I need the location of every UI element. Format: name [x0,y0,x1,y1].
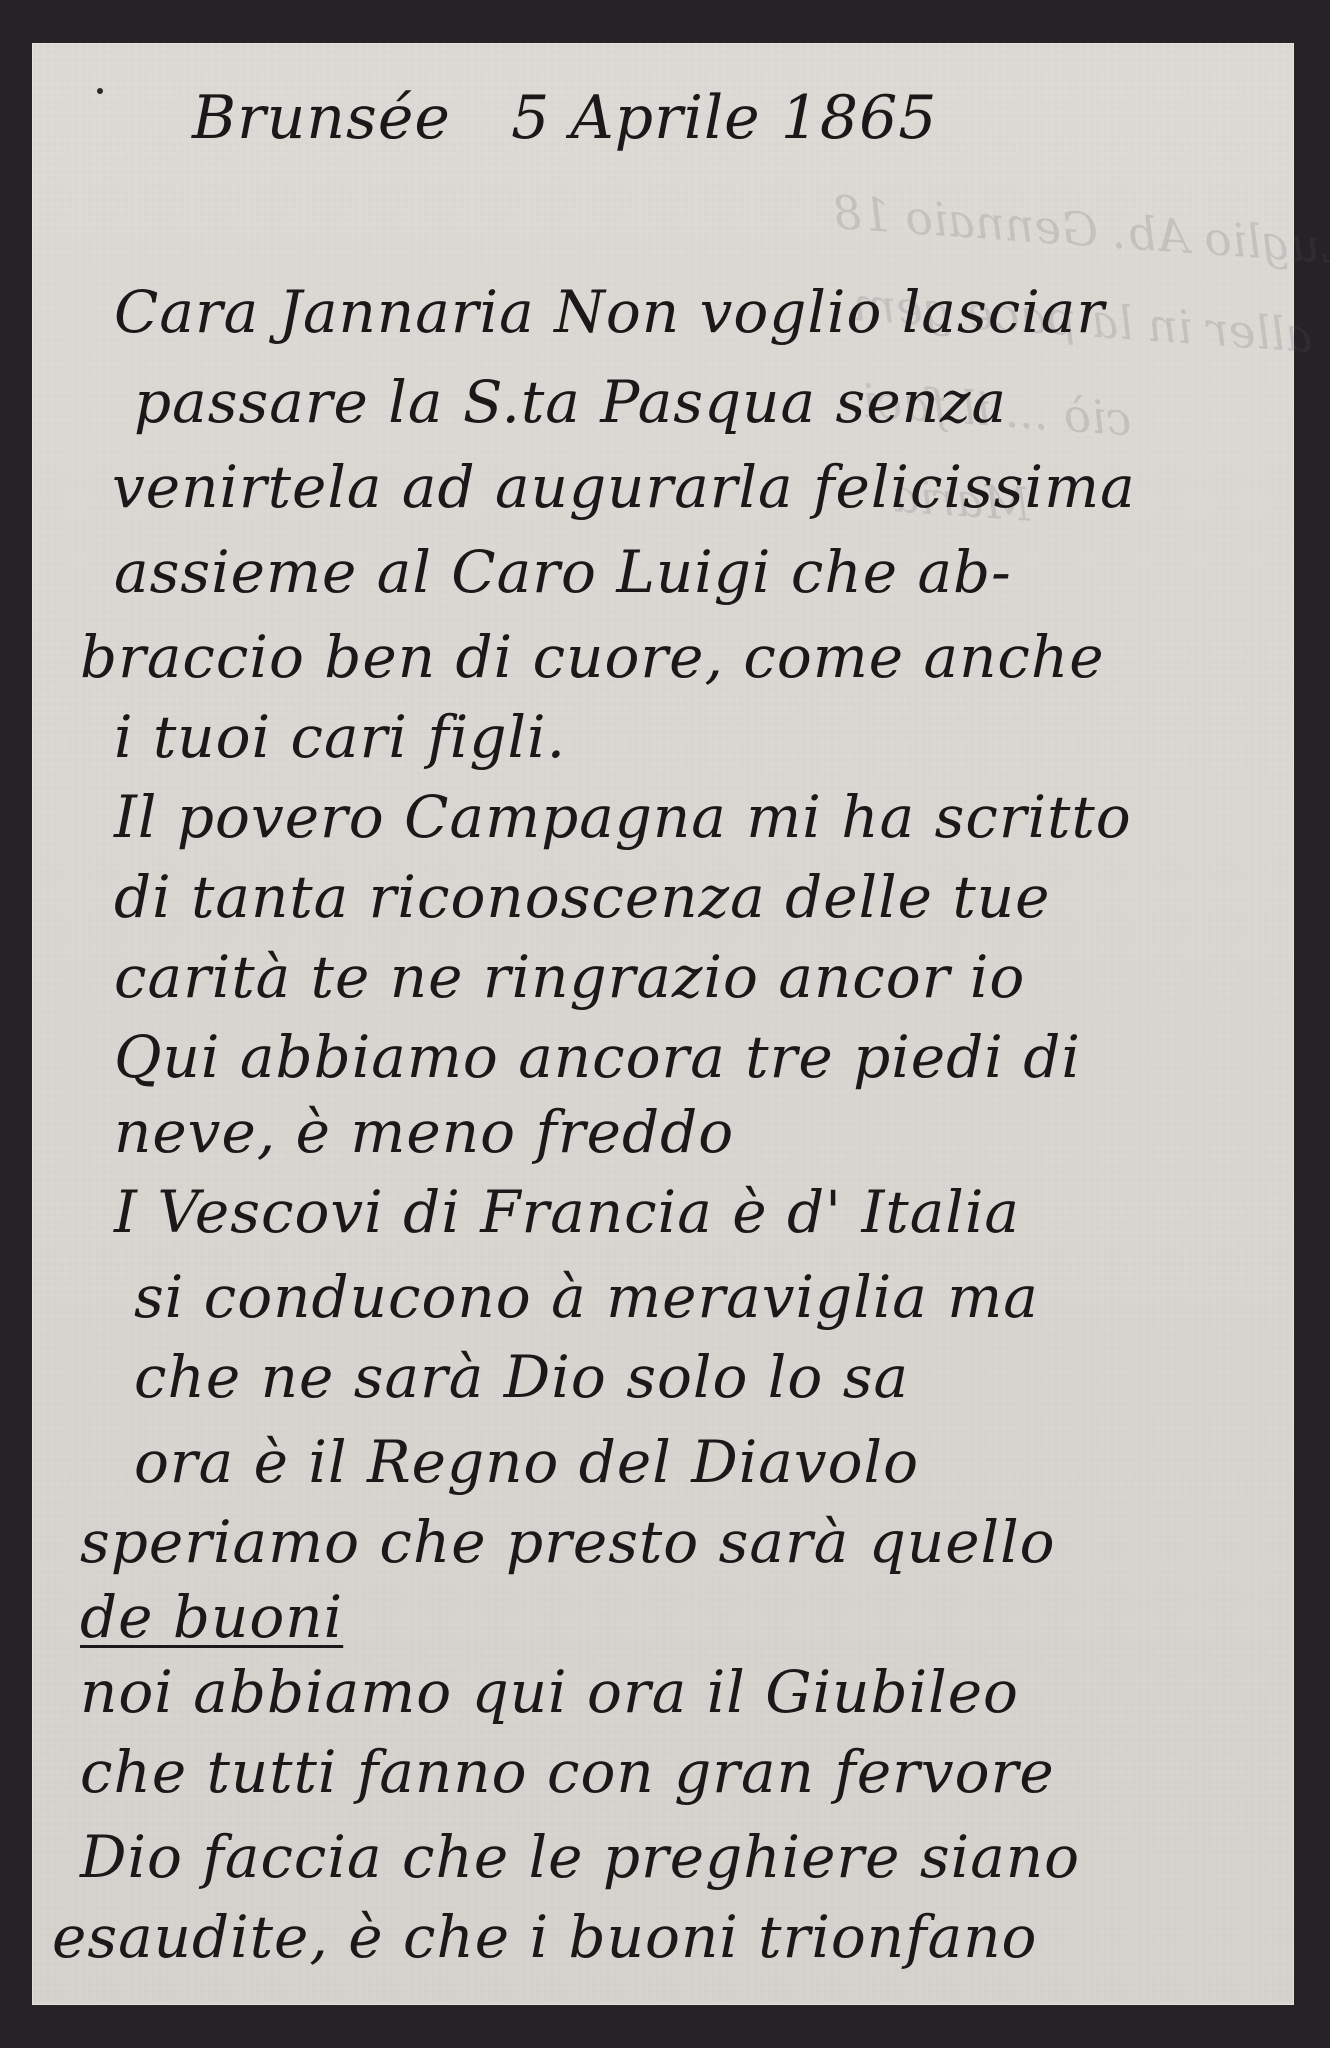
ink-speck [97,88,103,94]
letter-line-7: Il povero Campagna mi ha scritto [114,788,1132,846]
letter-line-1: Cara Jannaria Non voglio lasciar [114,283,1105,341]
letter-line-2: passare la S.ta Pasqua senza [134,373,1007,431]
bleed-through-text: Luglio Ab. Gennaio 18 [831,185,1330,275]
header-place: Brunsée [192,83,451,153]
letter-line-13: si conducono à meraviglia ma [134,1268,1039,1326]
letter-line-16: speriamo che presto sarà quello [80,1513,1056,1571]
letter-line-12: I Vescovi di Francia è d' Italia [114,1183,1020,1241]
letter-line-3: venirtela ad augurarla felicissima [112,458,1136,516]
letter-line-17: de buoni [80,1588,343,1646]
header-date: 5 Aprile 1865 [511,83,937,153]
letter-line-20: Dio faccia che le preghiere siano [80,1828,1080,1886]
letter-line-9: carità te ne ringrazio ancor io [114,948,1025,1006]
letter-line-8: di tanta riconoscenza delle tue [114,868,1050,926]
letter-line-18: noi abbiamo qui ora il Giubileo [80,1663,1019,1721]
letter-line-19: che tutti fanno con gran fervore [80,1743,1055,1801]
letter-line-4: assieme al Caro Luigi che ab- [114,543,1012,601]
letter-line-6: i tuoi cari figli. [114,708,566,766]
letter-line-10: Qui abbiamo ancora tre piedi di [114,1028,1081,1086]
letter-line-14: che ne sarà Dio solo lo sa [134,1348,909,1406]
letter-line-11: neve, è meno freddo [114,1103,734,1161]
letter-line-15: ora è il Regno del Diavolo [134,1433,919,1491]
letter-line-5: braccio ben di cuore, come anche [80,628,1105,686]
letter-header: Brunsée 5 Aprile 1865 [192,88,937,148]
letter-line-21: esaudite, è che i buoni trionfano [52,1908,1037,1966]
letter-page: Luglio Ab. Gennaio 18 aller in la pace g… [32,43,1294,2005]
